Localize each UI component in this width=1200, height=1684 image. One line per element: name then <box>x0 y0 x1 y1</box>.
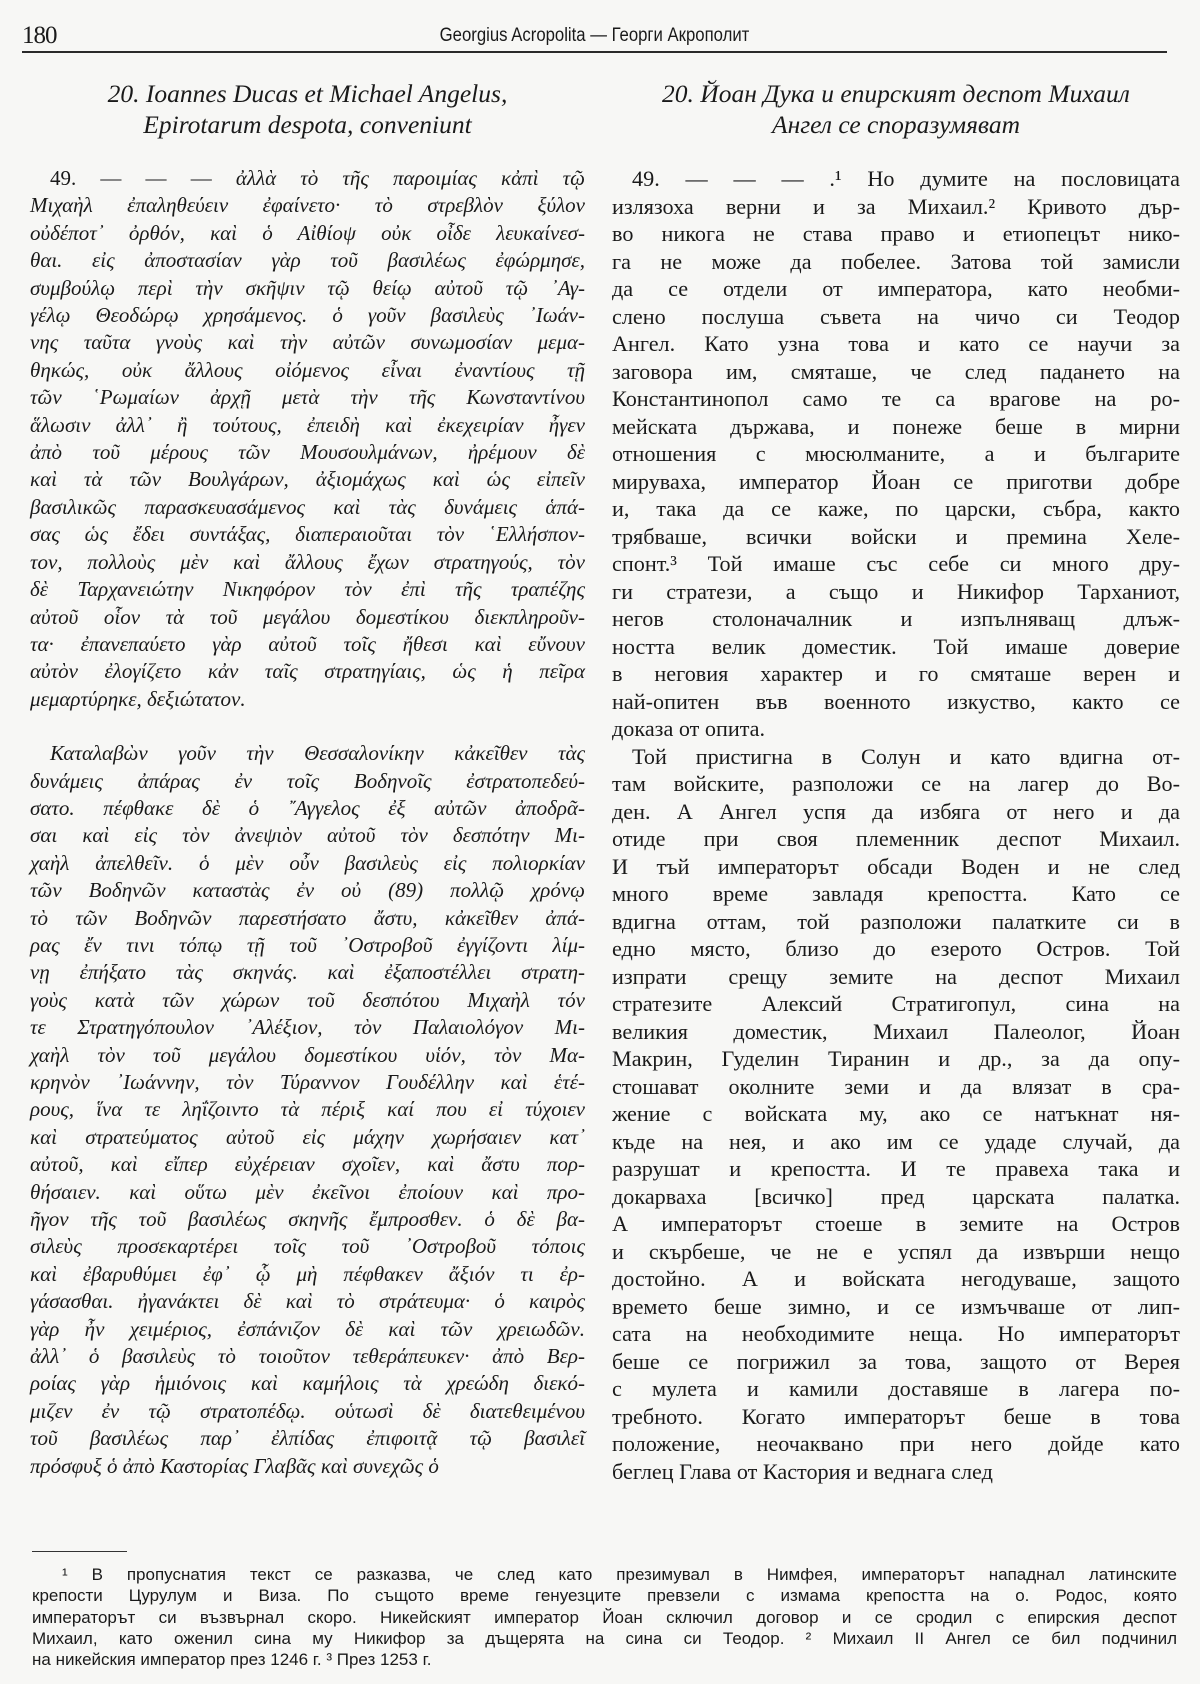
text-line: изпрати срещу земите на деспот Михаил <box>612 963 1180 991</box>
text-line: γοὺς κατὰ τῶν χώρων τοῦ δεσπότου Μιχαὴλ … <box>30 987 585 1014</box>
text-line: σιλεὺς προσεκαρτέρει τοῖς τοῦ ᾿Οστροβοῦ … <box>30 1233 585 1260</box>
text-line: 49. — — — ἀλλὰ τὸ τῆς παροιμίας κἀπὶ τῷ <box>30 165 585 192</box>
text-line: μεμαρτύρηκε, δεξιώτατον. <box>30 686 585 713</box>
text-line: мейската държава, и понеже беше в мирни <box>612 413 1180 441</box>
text-line: Макрин, Гуделин Тиранин и др., за да опу… <box>612 1045 1180 1073</box>
text-line: слено послуша съвета на чичо си Теодор <box>612 303 1180 331</box>
text-line: τῶν Βοδηνῶν καταστὰς ἐν οὐ (89) πολλῷ χρ… <box>30 877 585 904</box>
text-line: καὶ στρατεύματος αὐτοῦ εἰς μάχην χωρήσαι… <box>30 1124 585 1151</box>
text-line: ден. А Ангел успя да избяга от него и да <box>612 798 1180 826</box>
text-line: беше се погрижил за това, защото от Вере… <box>612 1348 1180 1376</box>
text-line: времето беше зимно, и се измъчваше от ли… <box>612 1293 1180 1321</box>
greek-column: 20. Ioannes Ducas et Michael Angelus, Ep… <box>30 78 585 1480</box>
text-line: трябваше, всички войски и премина Хеле- <box>612 523 1180 551</box>
text-line: излязоха верни и за Михаил.² Кривото дър… <box>612 193 1180 221</box>
text-line: великия доместик, Михаил Палеолог, Йоан <box>612 1018 1180 1046</box>
text-line: γέλῳ Θεοδώρῳ χρησάμενος. ὁ γοῦν βασιλεὺς… <box>30 302 585 329</box>
text-line: βασιλικῶς παρασκευασάμενος καὶ τὰς δυνάμ… <box>30 494 585 521</box>
text-line: негов столоначалник и изпълняващ длъж- <box>612 605 1180 633</box>
chapter-title-line: Epirotarum despota, conveniunt <box>30 109 585 140</box>
text-line: σαι καὶ εἰς τὸν ἀνεψιὸν αὐτοῦ τὸν δεσπότ… <box>30 822 585 849</box>
text-line: τοῦ βασιλέως παρ᾽ ἐλπίδας ἐπιφοιτᾷ τῷ βα… <box>30 1425 585 1452</box>
text-line: θήσαιεν. καὶ οὕτω μὲν ἐκεῖνοι ἐποίουν κα… <box>30 1179 585 1206</box>
greek-text: 49. — — — ἀλλὰ τὸ τῆς παροιμίας κἀπὶ τῷΜ… <box>30 165 585 1480</box>
text-line: αὐτοῦ οἷον τὰ τοῦ μεγάλου δομεστίκου διε… <box>30 604 585 631</box>
text-line: стошават околните земи и да влязат в сра… <box>612 1073 1180 1101</box>
text-line: и скърбеше, че не е успял да извърши нещ… <box>612 1238 1180 1266</box>
text-line: οὐδέποτ᾽ ὀρθόν, καὶ ὁ Αἰθίοψ οὐκ οἶδε λε… <box>30 220 585 247</box>
text-line: с мулета и камили доставяше в лагера по- <box>612 1375 1180 1403</box>
text-line: га не може да побелее. Затова той замисл… <box>612 248 1180 276</box>
text-line: ἀλλ᾽ ὁ βασιλεὺς τὸ τοιοῦτον τεθεράπευκεν… <box>30 1343 585 1370</box>
chapter-title-line: 20. Йоан Дука и епирският деспот Михаил <box>612 78 1180 109</box>
text-line: νης ταῦτα γνοὺς καὶ τὴν αὐτῶν συνωμοσίαν… <box>30 329 585 356</box>
text-line: καὶ τὰ τῶν Βουλγάρων, ἀξιομάχως καὶ ὡς ε… <box>30 466 585 493</box>
chapter-title-line: 20. Ioannes Ducas et Michael Angelus, <box>30 78 585 109</box>
text-line: ἅλωσιν ἀλλ᾽ ἢ τούτους, ἐπειδὴ καὶ ἐκεχει… <box>30 412 585 439</box>
text-line: Константинопол само те са врагове на ро- <box>612 385 1180 413</box>
bulgarian-column: 20. Йоан Дука и епирският деспот Михаил … <box>612 78 1180 1485</box>
text-line: κρηνὸν ᾿Ιωάννην, τὸν Τύραννον Γουδέλλην … <box>30 1069 585 1096</box>
footnote-line: крепости Цурулум и Виза. По същото време… <box>32 1585 1177 1606</box>
text-line: θαι. εἰς ἀποστασίαν γὰρ τοῦ βασιλέως ἐφώ… <box>30 247 585 274</box>
text-line: И тъй императорът обсади Воден и не след <box>612 853 1180 881</box>
section-number: 49. — — — <box>50 166 236 190</box>
paragraph-gap <box>30 713 585 740</box>
text-line: требното. Когато императорът беше в това <box>612 1403 1180 1431</box>
text-line: беглец Глава от Кастория и веднага след <box>612 1458 1180 1486</box>
text-line: най-опитен във военното изкуство, както … <box>612 688 1180 716</box>
text-line: γάσασθαι. ἠγανάκτει δὲ καὶ τὸ στράτευμα·… <box>30 1288 585 1315</box>
text-line: ῆγον τῆς τοῦ βασιλέως σκηνῆς ἔμπροσθεν. … <box>30 1206 585 1233</box>
text-line: αὐτοῦ, καὶ εἴπερ εὐχέρειαν σχοῖεν, καὶ ἄ… <box>30 1151 585 1178</box>
text-line: χαὴλ τὸν τοῦ μεγάλου δομεστίκου υἱόν, τὸ… <box>30 1042 585 1069</box>
greek-paragraph-2: Καταλαβὼν γοῦν τὴν Θεσσαλονίκην κἀκεῖθεν… <box>30 740 585 1480</box>
text-line: Ангел. Като узна това и като се научи за <box>612 330 1180 358</box>
text-line: ността велик доместик. Той имаше доверие <box>612 633 1180 661</box>
text-line: τα· ἐπανεπαύετο γὰρ αὐτοῦ τοῖς ἤθεσι καὶ… <box>30 631 585 658</box>
text-line: да се отдели от императора, като необми- <box>612 275 1180 303</box>
page-header: 180 Georgius Acropolita — Георги Акропол… <box>22 18 1167 50</box>
text-line: τῶν ῾Ρωμαίων ἀρχῇ μετὰ τὴν τῆς Κωνσταντί… <box>30 384 585 411</box>
bulgarian-text: 49. — — — .¹ Но думите на пословицатаизл… <box>612 165 1180 1485</box>
text-line: μιζεν ἐν τῷ στρατοπέδῳ. οὑτωσὶ δὲ διατεθ… <box>30 1398 585 1425</box>
greek-paragraph-1: 49. — — — ἀλλὰ τὸ τῆς παροιμίας κἀπὶ τῷΜ… <box>30 165 585 713</box>
text-line: αὐτὸν ἐλογίζετο κἀν ταῖς στρατηγίαις, ὡς… <box>30 658 585 685</box>
bulgarian-paragraph-2: Той пристигна в Солун и като вдигна от-т… <box>612 743 1180 1486</box>
text-line: много време завладя крепостта. Като се <box>612 880 1180 908</box>
text-line: А императорът стоеше в земите на Остров <box>612 1210 1180 1238</box>
footnote-line: на никейския император през 1246 г. ³ Пр… <box>32 1649 1177 1670</box>
text-line: стратезите Алексий Стратигопул, сина на <box>612 990 1180 1018</box>
text-line: спонт.³ Той имаше със себе си много дру- <box>612 550 1180 578</box>
footnote-rule <box>32 1551 127 1552</box>
text-line: доказа от опита. <box>612 715 1180 743</box>
text-line: τὸ τῶν Βοδηνῶν παρεστήσατο ἄστυ, κἀκεῖθε… <box>30 905 585 932</box>
text-line: 49. — — — .¹ Но думите на пословицата <box>612 165 1180 193</box>
text-line: Той пристигна в Солун и като вдигна от- <box>612 743 1180 771</box>
text-line: положение, неочаквано при него дойде кат… <box>612 1430 1180 1458</box>
text-line: συμβούλῳ περὶ τὴν σκῆψιν τῷ θείῳ αὐτοῦ τ… <box>30 275 585 302</box>
text-line: заговора им, смяташе, че след падането н… <box>612 358 1180 386</box>
text-line: δὲ Ταρχανειώτην Νικηφόρον τὸν ἐπὶ τῆς τρ… <box>30 576 585 603</box>
text-line: ἀπὸ τοῦ μέρους τῶν Μουσουλμάνων, ἠρέμουν… <box>30 439 585 466</box>
text-line: едно място, близо до езерото Остров. Той <box>612 935 1180 963</box>
text-line: там войските, разположи се на лагер до В… <box>612 770 1180 798</box>
text-line: σας ὡς ἔδει συντάξας, διαπεραιοῦται τὸν … <box>30 521 585 548</box>
text-line: отношения с мюсюлманите, а и българите <box>612 440 1180 468</box>
text-line: мируваха, император Йоан се приготви доб… <box>612 468 1180 496</box>
text-line: τε Στρατηγόπουλον ᾿Αλέξιον, τὸν Παλαιολό… <box>30 1014 585 1041</box>
footnote-line: Михаил, като оженил сина му Никифор за д… <box>32 1628 1177 1649</box>
text-line: ρας ἔν τινι τόπῳ τῇ τοῦ ᾿Οστροβοῦ ἐγγίζο… <box>30 932 585 959</box>
chapter-title-line: Ангел се споразумяват <box>612 109 1180 140</box>
header-rule <box>22 51 1167 53</box>
text-line: χαὴλ ἀπελθεῖν. ὁ μὲν οὖν βασιλεὺς εἰς πο… <box>30 850 585 877</box>
text-line: καὶ ἐβαρυθύμει ἐφ᾽ ᾧ μὴ πέφθακεν ἄξιόν τ… <box>30 1261 585 1288</box>
text-line: докарваха [всичко] пред царската палатка… <box>612 1183 1180 1211</box>
text-line: жение с войската му, ако се натъкнат ня- <box>612 1100 1180 1128</box>
text-line: Μιχαὴλ ἐπαληθεύειν ἐφαίνετο· τὸ στρεβλὸν… <box>30 192 585 219</box>
text-line: πρόσφυξ ὁ ἀπὸ Καστορίας Γλαβᾶς καὶ συνεχ… <box>30 1453 585 1480</box>
text-line: θηκώς, οὐκ ἄλλους οἰόμενος εἶναι ἐναντίο… <box>30 357 585 384</box>
chapter-title-latin: 20. Ioannes Ducas et Michael Angelus, Ep… <box>30 78 585 140</box>
text-line: σατο. πέφθακε δὲ ὁ ῎Αγγελος ἐξ αὐτῶν ἀπο… <box>30 795 585 822</box>
text-line: τον, πολλοὺς μὲν καὶ ἄλλους ἔχων στρατηγ… <box>30 549 585 576</box>
footnotes: ¹ В пропуснатия текст се разказва, че сл… <box>32 1564 1177 1670</box>
text-line: достойно. А и войската негодуваше, защот… <box>612 1265 1180 1293</box>
text-line: во никога не става право и етиопецът ник… <box>612 220 1180 248</box>
text-line: γὰρ ἦν χειμέριος, ἐσπάνιζον δὲ καὶ τῶν χ… <box>30 1316 585 1343</box>
text-line: δυνάμεις ἀπάρας ἐν τοῖς Βοδηνοῖς ἐστρατο… <box>30 768 585 795</box>
chapter-title-bulgarian: 20. Йоан Дука и епирският деспот Михаил … <box>612 78 1180 140</box>
text-line: вдигна оттам, той разположи палатките си… <box>612 908 1180 936</box>
text-line: ρους, ἵνα τε ληΐζοιντο τὰ πέριξ καί που … <box>30 1096 585 1123</box>
text-line: къде на нея, и ако им се удаде случай, д… <box>612 1128 1180 1156</box>
footnote-line: императорът си възвърнал скоро. Никейски… <box>32 1607 1177 1628</box>
bulgarian-paragraph-1: 49. — — — .¹ Но думите на пословицатаизл… <box>612 165 1180 743</box>
footnote-line: ¹ В пропуснатия текст се разказва, че сл… <box>32 1564 1177 1585</box>
text-line: в неговия характер и го смяташе верен и <box>612 660 1180 688</box>
text-line: разрушат и крепостта. И те правеха така … <box>612 1155 1180 1183</box>
text-line: ροίας γὰρ ἡμιόνοις καὶ καμήλοις τὰ χρεώδ… <box>30 1370 585 1397</box>
text-line: ги стратези, а също и Никифор Тарханиот, <box>612 578 1180 606</box>
page-number: 180 <box>22 22 57 50</box>
text-line: Καταλαβὼν γοῦν τὴν Θεσσαλονίκην κἀκεῖθεν… <box>30 740 585 767</box>
text-line: сата на необходимите неща. Но императоръ… <box>612 1320 1180 1348</box>
text-line: отиде при своя племенник деспот Михаил. <box>612 825 1180 853</box>
running-title: Georgius Acropolita — Георги Акрополит <box>91 25 1099 47</box>
text-line: νῃ ἐπήξατο τὰς σκηνάς. καὶ ἐξαποστέλλει … <box>30 959 585 986</box>
text-line: и, така да се каже, по царски, събра, ка… <box>612 495 1180 523</box>
